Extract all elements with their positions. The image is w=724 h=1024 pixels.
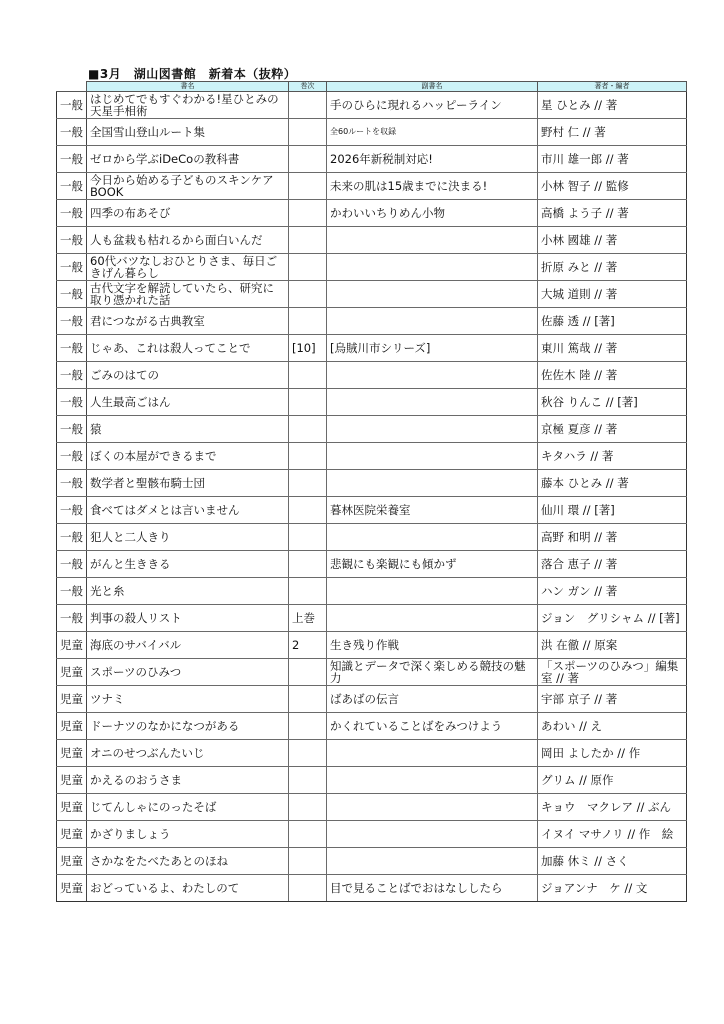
cell-title: ぼくの本屋ができるまで [87,443,289,470]
cell-title: じてんしゃにのったそば [87,794,289,821]
cell-category: 一般 [57,389,87,416]
cell-volume [289,92,327,119]
cell-author: ジョン グリシャム // [著] [538,605,687,632]
cell-author: 市川 雄一郎 // 著 [538,146,687,173]
table-row: 一般今日から始める子どものスキンケアBOOK未来の肌は15歳までに決まる!小林 … [57,173,687,200]
cell-title: おどっているよ、わたしのて [87,875,289,902]
cell-category: 児童 [57,740,87,767]
table-row: 児童ドーナツのなかになつがあるかくれていることばをみつけようあわい // え [57,713,687,740]
cell-volume [289,767,327,794]
cell-author: 星 ひとみ // 著 [538,92,687,119]
cell-author: キタハラ // 著 [538,443,687,470]
cell-title: がんと生ききる [87,551,289,578]
cell-title: 全国雪山登山ルート集 [87,119,289,146]
table-header-row: 書名 巻次 副書名 著者・編者 [57,82,687,92]
cell-author: 秋谷 りんこ // [著] [538,389,687,416]
table-row: 一般人生最高ごはん秋谷 りんこ // [著] [57,389,687,416]
cell-title: じゃあ、これは殺人ってことで [87,335,289,362]
cell-author: 岡田 よしたか // 作 [538,740,687,767]
cell-volume [289,200,327,227]
cell-volume [289,848,327,875]
cell-author: 東川 篤哉 // 著 [538,335,687,362]
table-row: 一般じゃあ、これは殺人ってことで[10][烏賊川市シリーズ]東川 篤哉 // 著 [57,335,687,362]
cell-volume [289,308,327,335]
table-row: 児童スポーツのひみつ知識とデータで深く楽しめる競技の魅力「スポーツのひみつ」編集… [57,659,687,686]
cell-author: あわい // え [538,713,687,740]
cell-author: 「スポーツのひみつ」編集室 // 著 [538,659,687,686]
cell-volume [289,416,327,443]
table-row: 児童海底のサバイバル2生き残り作戦洪 在徹 // 原案 [57,632,687,659]
table-row: 児童おどっているよ、わたしのて目で見ることばでおはなししたらジョアンナ ケ //… [57,875,687,902]
cell-author: 高野 和明 // 著 [538,524,687,551]
cell-volume: 2 [289,632,327,659]
cell-category: 一般 [57,416,87,443]
cell-category: 一般 [57,227,87,254]
cell-author: 佐藤 透 // [著] [538,308,687,335]
cell-author: ハン ガン // 著 [538,578,687,605]
cell-category: 一般 [57,335,87,362]
cell-subtitle: 知識とデータで深く楽しめる競技の魅力 [327,659,538,686]
table-row: 一般光と糸ハン ガン // 著 [57,578,687,605]
cell-category: 児童 [57,821,87,848]
cell-category: 一般 [57,173,87,200]
cell-volume [289,362,327,389]
cell-subtitle [327,227,538,254]
cell-category: 一般 [57,470,87,497]
cell-author: イヌイ マサノリ // 作 絵 [538,821,687,848]
cell-author: グリム // 原作 [538,767,687,794]
cell-subtitle [327,308,538,335]
cell-subtitle [327,416,538,443]
cell-title: 判事の殺人リスト [87,605,289,632]
cell-subtitle [327,470,538,497]
cell-subtitle [327,794,538,821]
cell-subtitle [327,578,538,605]
cell-volume [289,740,327,767]
cell-subtitle: 生き残り作戦 [327,632,538,659]
table-row: 一般はじめてでもすぐわかる!星ひとみの天星手相術手のひらに現れるハッピーライン星… [57,92,687,119]
cell-title: 光と糸 [87,578,289,605]
cell-category: 一般 [57,254,87,281]
cell-title: 人生最高ごはん [87,389,289,416]
table-row: 一般君につながる古典教室佐藤 透 // [著] [57,308,687,335]
cell-title: さかなをたべたあとのほね [87,848,289,875]
table-row: 一般古代文字を解読していたら、研究に取り憑かれた話大城 道則 // 著 [57,281,687,308]
cell-title: かざりましょう [87,821,289,848]
cell-title: 君につながる古典教室 [87,308,289,335]
cell-category: 一般 [57,497,87,524]
cell-volume [289,821,327,848]
table-row: 一般判事の殺人リスト上巻ジョン グリシャム // [著] [57,605,687,632]
cell-category: 一般 [57,200,87,227]
cell-volume [289,578,327,605]
cell-volume: 上巻 [289,605,327,632]
cell-title: ゼロから学ぶiDeCoの教科書 [87,146,289,173]
cell-category: 一般 [57,578,87,605]
cell-title: ごみのはての [87,362,289,389]
cell-author: 佐佐木 陸 // 著 [538,362,687,389]
cell-category: 一般 [57,119,87,146]
cell-category: 児童 [57,767,87,794]
cell-volume [289,659,327,686]
cell-subtitle: かくれていることばをみつけよう [327,713,538,740]
cell-author: ジョアンナ ケ // 文 [538,875,687,902]
cell-category: 一般 [57,362,87,389]
table-row: 一般ごみのはての佐佐木 陸 // 著 [57,362,687,389]
table-row: 一般数学者と聖骸布騎士団藤本 ひとみ // 著 [57,470,687,497]
cell-volume [289,470,327,497]
table-row: 一般猿京極 夏彦 // 著 [57,416,687,443]
cell-title: 海底のサバイバル [87,632,289,659]
cell-title: ドーナツのなかになつがある [87,713,289,740]
cell-subtitle: 手のひらに現れるハッピーライン [327,92,538,119]
cell-volume [289,227,327,254]
table-row: 一般食べてはダメとは言いません暮林医院栄養室仙川 環 // [著] [57,497,687,524]
table-row: 一般60代バツなしおひとりさま、毎日ごきげん暮らし折原 みと // 著 [57,254,687,281]
cell-author: 小林 智子 // 監修 [538,173,687,200]
cell-subtitle [327,524,538,551]
table-row: 一般全国雪山登山ルート集全60ルートを収録野村 仁 // 著 [57,119,687,146]
table-row: 児童さかなをたべたあとのほね加藤 休ミ // さく [57,848,687,875]
cell-title: 食べてはダメとは言いません [87,497,289,524]
table-row: 一般ゼロから学ぶiDeCoの教科書2026年新税制対応!市川 雄一郎 // 著 [57,146,687,173]
cell-author: 折原 みと // 著 [538,254,687,281]
cell-title: ツナミ [87,686,289,713]
cell-subtitle: 全60ルートを収録 [327,119,538,146]
header-volume: 巻次 [289,82,327,92]
cell-volume [289,551,327,578]
cell-subtitle: 未来の肌は15歳までに決まる! [327,173,538,200]
cell-volume [289,794,327,821]
cell-author: キョウ マクレア // ぶん [538,794,687,821]
cell-category: 一般 [57,443,87,470]
cell-category: 一般 [57,281,87,308]
cell-title: 人も盆栽も枯れるから面白いんだ [87,227,289,254]
cell-subtitle: 悲観にも楽観にも傾かず [327,551,538,578]
cell-author: 藤本 ひとみ // 著 [538,470,687,497]
cell-volume [289,524,327,551]
cell-category: 一般 [57,146,87,173]
cell-subtitle [327,767,538,794]
cell-author: 宇部 京子 // 著 [538,686,687,713]
cell-author: 加藤 休ミ // さく [538,848,687,875]
cell-volume [289,254,327,281]
cell-volume [289,389,327,416]
cell-title: オニのせつぶんたいじ [87,740,289,767]
header-subtitle: 副書名 [327,82,538,92]
cell-volume [289,875,327,902]
cell-volume [289,146,327,173]
cell-volume [289,443,327,470]
cell-subtitle [327,362,538,389]
table-row: 児童じてんしゃにのったそばキョウ マクレア // ぶん [57,794,687,821]
document-title: ■3月 湖山図書館 新着本（抜粋） [88,65,296,82]
cell-volume [289,281,327,308]
cell-author: 野村 仁 // 著 [538,119,687,146]
cell-subtitle [327,389,538,416]
cell-title: 数学者と聖骸布騎士団 [87,470,289,497]
cell-author: 高橋 よう子 // 著 [538,200,687,227]
cell-title: 古代文字を解読していたら、研究に取り憑かれた話 [87,281,289,308]
header-category [57,82,87,92]
cell-volume [289,173,327,200]
cell-category: 児童 [57,686,87,713]
cell-category: 一般 [57,308,87,335]
cell-category: 一般 [57,551,87,578]
cell-volume [289,713,327,740]
cell-author: 小林 國雄 // 著 [538,227,687,254]
cell-author: 大城 道則 // 著 [538,281,687,308]
cell-title: はじめてでもすぐわかる!星ひとみの天星手相術 [87,92,289,119]
cell-title: 猿 [87,416,289,443]
cell-subtitle: かわいいちりめん小物 [327,200,538,227]
cell-subtitle [327,281,538,308]
header-title: 書名 [87,82,289,92]
table-row: 一般犯人と二人きり高野 和明 // 著 [57,524,687,551]
table-row: 一般人も盆栽も枯れるから面白いんだ小林 國雄 // 著 [57,227,687,254]
cell-author: 仙川 環 // [著] [538,497,687,524]
cell-category: 児童 [57,632,87,659]
cell-author: 洪 在徹 // 原案 [538,632,687,659]
cell-subtitle: 暮林医院栄養室 [327,497,538,524]
table-row: 一般ぼくの本屋ができるまでキタハラ // 著 [57,443,687,470]
table-row: 児童オニのせつぶんたいじ岡田 よしたか // 作 [57,740,687,767]
cell-volume [289,686,327,713]
cell-subtitle: 目で見ることばでおはなししたら [327,875,538,902]
cell-title: 60代バツなしおひとりさま、毎日ごきげん暮らし [87,254,289,281]
cell-volume [289,119,327,146]
cell-author: 落合 恵子 // 著 [538,551,687,578]
table-row: 児童かえるのおうさまグリム // 原作 [57,767,687,794]
cell-subtitle [327,605,538,632]
table-row: 児童ツナミばあばの伝言宇部 京子 // 著 [57,686,687,713]
cell-subtitle [327,254,538,281]
cell-category: 児童 [57,659,87,686]
cell-category: 一般 [57,92,87,119]
cell-subtitle: ばあばの伝言 [327,686,538,713]
cell-title: 今日から始める子どものスキンケアBOOK [87,173,289,200]
cell-category: 児童 [57,794,87,821]
cell-subtitle [327,848,538,875]
cell-category: 一般 [57,524,87,551]
cell-subtitle [327,740,538,767]
cell-category: 児童 [57,875,87,902]
cell-category: 児童 [57,848,87,875]
cell-title: 犯人と二人きり [87,524,289,551]
cell-volume [289,497,327,524]
cell-volume: [10] [289,335,327,362]
cell-category: 児童 [57,713,87,740]
cell-title: スポーツのひみつ [87,659,289,686]
cell-subtitle: [烏賊川市シリーズ] [327,335,538,362]
cell-subtitle [327,443,538,470]
header-author: 著者・編者 [538,82,687,92]
new-books-table: 書名 巻次 副書名 著者・編者 一般はじめてでもすぐわかる!星ひとみの天星手相術… [56,81,687,902]
cell-title: 四季の布あそび [87,200,289,227]
cell-subtitle: 2026年新税制対応! [327,146,538,173]
table-row: 児童かざりましょうイヌイ マサノリ // 作 絵 [57,821,687,848]
cell-subtitle [327,821,538,848]
cell-title: かえるのおうさま [87,767,289,794]
cell-category: 一般 [57,605,87,632]
table-row: 一般がんと生ききる悲観にも楽観にも傾かず落合 恵子 // 著 [57,551,687,578]
table-row: 一般四季の布あそびかわいいちりめん小物高橋 よう子 // 著 [57,200,687,227]
cell-author: 京極 夏彦 // 著 [538,416,687,443]
